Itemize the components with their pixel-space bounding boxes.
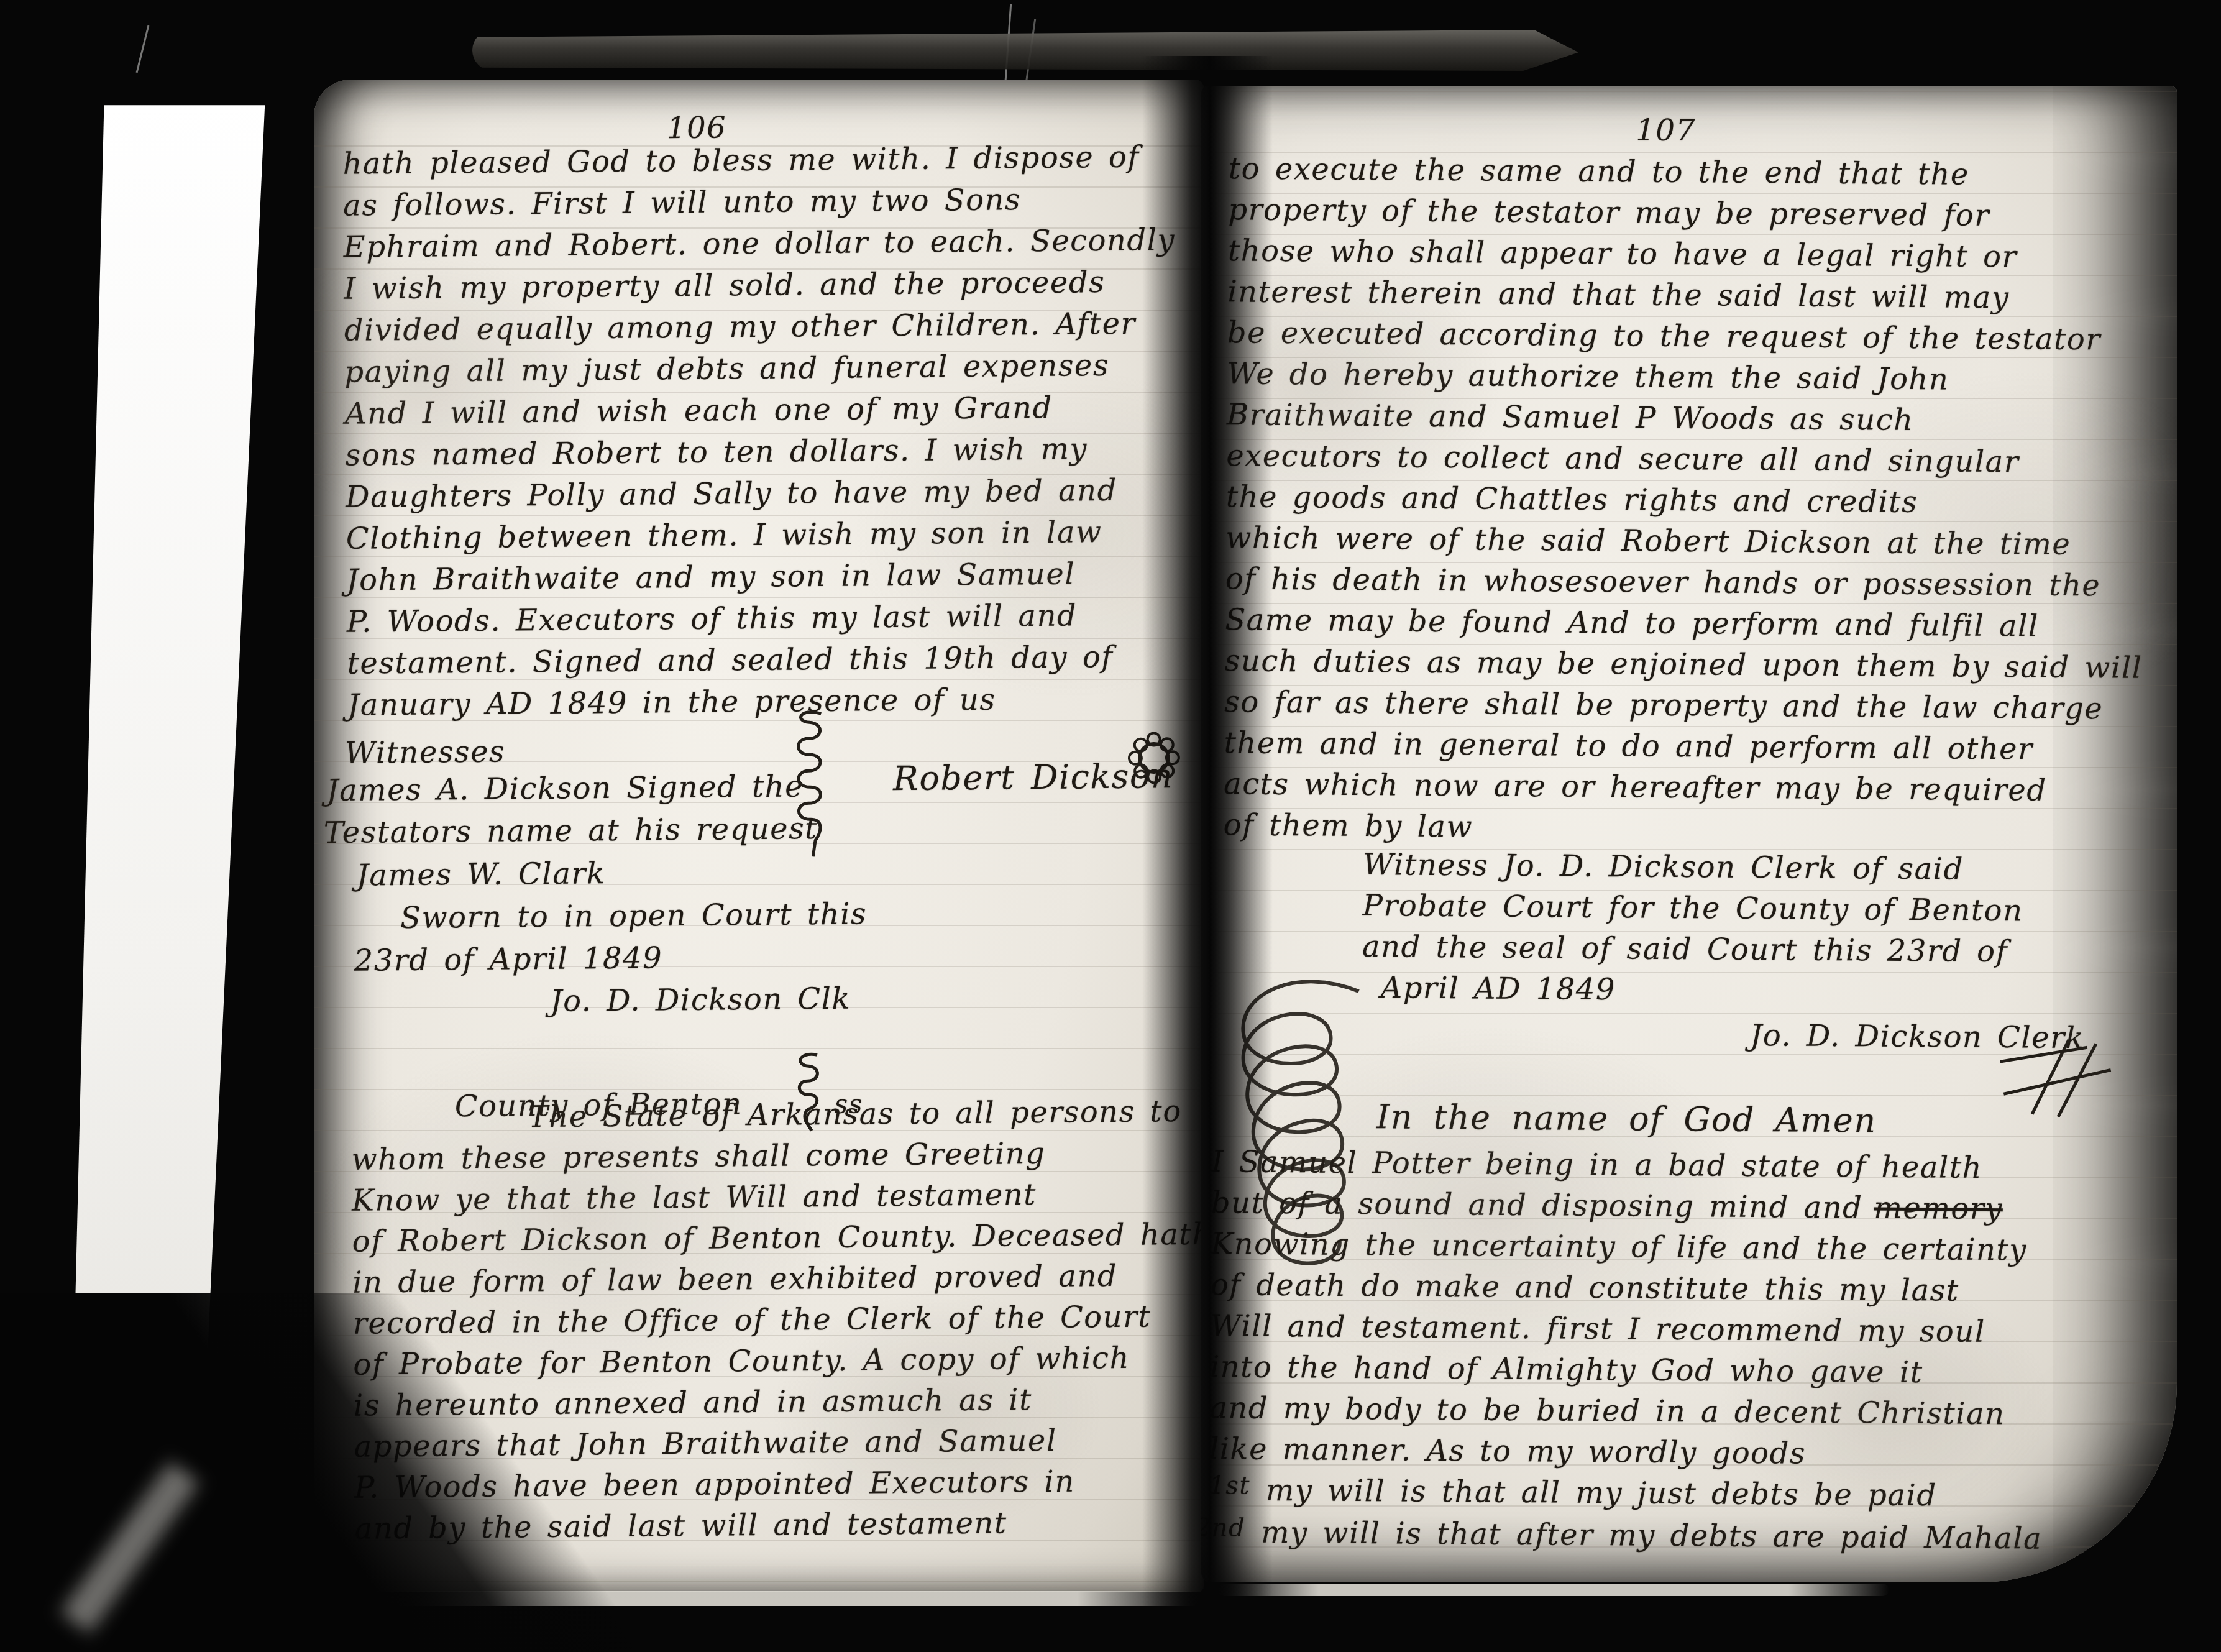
handwritten-line: which were of the said Robert Dickson at…	[1225, 517, 2145, 566]
witnesses-label: Witnesses	[345, 732, 506, 774]
handwritten-line: divided equally among my other Children.…	[344, 303, 1175, 352]
item-text: my will is that after my debts are paid …	[1261, 1512, 2043, 1559]
handwritten-line: Ephraim and Robert. one dollar to each. …	[343, 219, 1174, 268]
probate-book-scan: 106 hath pleased God to bless me with. I…	[0, 0, 2221, 1652]
page-edge-stack	[1218, 1584, 1889, 1596]
witness-signature: James W. Clark	[356, 853, 605, 896]
handwritten-line: executors to collect and secure all and …	[1226, 435, 2146, 484]
handwritten-line: interest therein and that the said last …	[1227, 271, 2147, 319]
will-item-second: 2ndmy will is that after my debts are pa…	[1201, 1512, 2043, 1559]
handwritten-line: property of the testator may be preserve…	[1228, 189, 2148, 237]
handwritten-line: Clothing between them. I wish my son in …	[346, 511, 1177, 560]
handwritten-line: Witness Jo. D. Dickson Clerk of said	[1223, 843, 2143, 891]
handwritten-line: be executed according to the request of …	[1227, 312, 2147, 360]
will-body-paragraph: Knowing the uncertainty of life and the …	[1209, 1223, 2143, 1477]
clerk-signature: Jo. D. Dickson Clk	[550, 978, 851, 1022]
pen-on-book-edge	[472, 30, 1578, 71]
handwritten-line: and the seal of said Court this 23rd of	[1222, 925, 2142, 973]
handwritten-line: Probate Court for the County of Benton	[1222, 884, 2142, 932]
handwritten-line: of death do make and constitute this my …	[1211, 1264, 2143, 1313]
sworn-line: Sworn to in open Court this	[400, 894, 867, 939]
handwritten-line: and my body to be buried in a decent Chr…	[1209, 1387, 2141, 1436]
handwritten-line: April AD 1849	[1222, 966, 2141, 1014]
handwritten-line: sons named Robert to ten dollars. I wish…	[345, 428, 1176, 477]
will-bequest-paragraph: hath pleased God to bless me with. I dis…	[342, 136, 1178, 727]
handwritten-line: the goods and Chattles rights and credit…	[1226, 476, 2146, 525]
handwritten-line: Same may be found And to perform and ful…	[1225, 599, 2145, 648]
page-number: 107	[1636, 112, 1696, 148]
letters-testamentary-paragraph: to execute the same and to the end that …	[1223, 148, 2148, 853]
handwritten-line: Will and testament. first I recommend my…	[1210, 1305, 2142, 1354]
attestation-line: James A. Dickson Signed the	[326, 766, 804, 811]
handwritten-line: of Robert Dickson of Benton County. Dece…	[352, 1214, 1183, 1262]
handwritten-line: P. Woods. Executors of this my last will…	[347, 594, 1178, 643]
handwritten-line: The State of Arkansas to all persons to	[351, 1091, 1182, 1139]
handwritten-line: testament. Signed and sealed this 19th d…	[347, 636, 1178, 685]
handwritten-line: such duties as may be enjoined upon them…	[1224, 640, 2144, 689]
handwritten-line: John Braithwaite and my son in law Samue…	[346, 553, 1177, 602]
handwritten-line: them and in general to do and perform al…	[1224, 722, 2143, 771]
book-gutter-shadow	[1142, 56, 1273, 1616]
item-text: my will is that all my just debts be pai…	[1266, 1470, 1937, 1516]
corner-shadow	[0, 1293, 795, 1652]
clerk-signature: Jo. D. Dickson Clerk	[1750, 1015, 2085, 1058]
right-page: 107 to execute the same and to the end t…	[1201, 86, 2177, 1582]
handwritten-line: And I will and wish each one of my Grand	[345, 386, 1176, 435]
handwritten-line: Braithwaite and Samuel P Woods as such	[1227, 394, 2146, 443]
handwritten-line: We do hereby authorize them the said Joh…	[1227, 353, 2146, 402]
handwritten-line: Know ye that the last Will and testament	[352, 1173, 1183, 1221]
sworn-date-line: 23rd of April 1849	[354, 937, 662, 981]
will-opening-line: I Samuel Potter being in a bad state of …	[1211, 1141, 1982, 1188]
handwritten-line: as follows. First I will unto my two Son…	[343, 178, 1174, 227]
handwritten-line: acts which now are or hereafter may be r…	[1224, 763, 2143, 812]
will-heading: In the name of God Amen	[1376, 1097, 1877, 1140]
handwritten-line: Knowing the uncertainty of life and the …	[1211, 1223, 2143, 1272]
struck-word: memory	[1874, 1191, 2003, 1227]
right-page-content: 107 to execute the same and to the end t…	[1201, 86, 2177, 1582]
handwritten-line: so far as there shall be property and th…	[1224, 681, 2144, 730]
handwritten-line: hath pleased God to bless me with. I dis…	[342, 136, 1173, 185]
handwritten-line: into the hand of Almighty God who gave i…	[1210, 1346, 2142, 1395]
line-text: but of a sound and disposing mind and	[1211, 1185, 1863, 1225]
attestation-line: Testators name at his request	[324, 808, 818, 853]
line-with-strikeout: but of a sound and disposing mind andmem…	[1211, 1182, 2003, 1229]
handwritten-line: January AD 1849 in the presence of us	[347, 677, 1178, 727]
handwritten-line: paying all my just debts and funeral exp…	[344, 344, 1175, 393]
will-item-first: 1stmy will is that all my just debts be …	[1209, 1469, 1937, 1516]
witness-attestation-block: Witness Jo. D. Dickson Clerk of saidProb…	[1222, 843, 2143, 1014]
handwritten-line: whom these presents shall come Greeting	[351, 1132, 1182, 1180]
handwritten-line: like manner. As to my wordly goods	[1209, 1428, 2141, 1477]
handwritten-line: Daughters Polly and Sally to have my bed…	[346, 469, 1176, 518]
handwritten-line: those who shall appear to have a legal r…	[1228, 230, 2148, 278]
testator-signature: Robert Dickson	[893, 756, 1173, 798]
handwritten-line: I wish my property all sold. and the pro…	[344, 261, 1175, 310]
handwritten-line: to execute the same and to the end that …	[1229, 148, 2148, 196]
handwritten-line: of his death in whosesoever hands or pos…	[1225, 558, 2145, 607]
film-scratch-icon	[136, 25, 150, 73]
